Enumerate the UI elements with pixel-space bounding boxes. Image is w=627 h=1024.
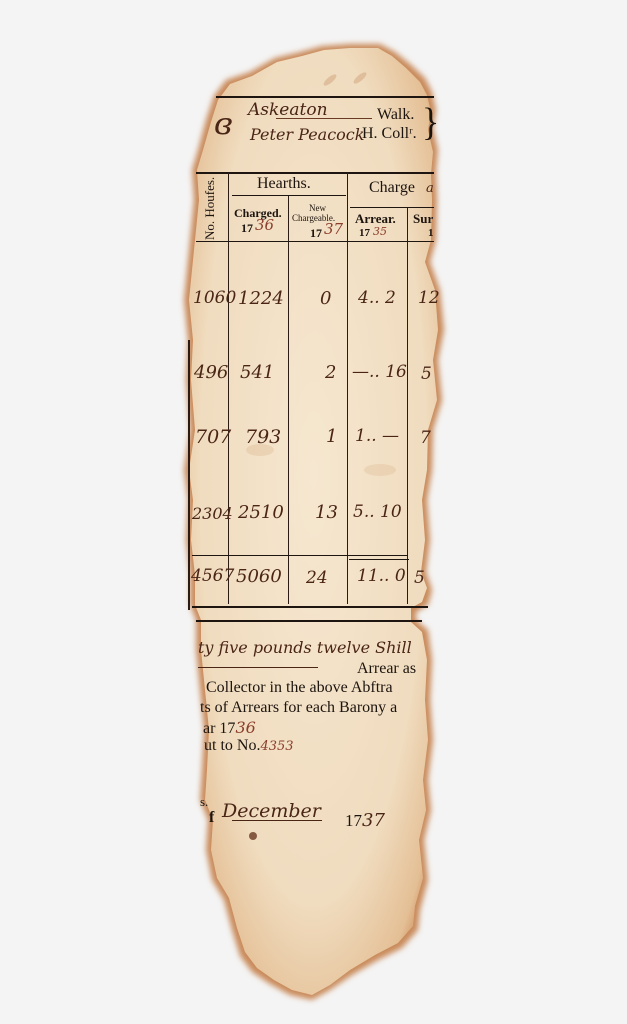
walk-label: Walk. [377, 107, 414, 123]
cell-new: 2 [325, 364, 336, 382]
col-new-year-hand: 37 [324, 222, 343, 237]
sum-underline [198, 667, 318, 668]
cell-new: 0 [320, 290, 331, 308]
totals-top-rule [192, 555, 408, 556]
line-arrears-barony: ts of Arrears for each Barony a [200, 700, 397, 716]
cell-arrear: 4.. 2 [358, 290, 396, 307]
cell-charged: 541 [240, 364, 274, 382]
cell-arrear: 1.. — [355, 428, 399, 445]
col-divider-4 [407, 208, 408, 604]
walk-underline [276, 118, 372, 119]
col-charged-year-print: 17 [241, 222, 253, 234]
col-group-charge-partial: a [426, 182, 434, 195]
col-partial-year: 1 [428, 228, 434, 239]
col-arrear-year-hand: 35 [373, 226, 387, 237]
left-edge-line [188, 340, 190, 610]
line-number-hand: 4353 [260, 739, 293, 754]
header-top-rule [216, 96, 434, 98]
cell-charged: 2510 [238, 504, 284, 522]
cell-arrear: —.. 16 [352, 364, 407, 381]
brace-icon: } [422, 102, 439, 142]
totals-top-rule-right [349, 559, 409, 560]
total-new: 24 [306, 570, 328, 587]
col-group-hearths: Hearths. [257, 176, 311, 192]
document-photo: Askeaton Peter Peacock ɞ Walk. H. Collʳ.… [0, 0, 627, 1024]
cell-partial: 12 [418, 290, 440, 307]
date-year-hand: 37 [362, 810, 385, 831]
header-bottom-rule [196, 241, 434, 242]
col-group-charge: Charge [369, 180, 415, 196]
torn-paper-fragment [0, 0, 627, 1024]
cell-new: 13 [315, 504, 338, 522]
col-header-new-line1: New [309, 204, 326, 213]
total-charged: 5060 [236, 568, 282, 586]
total-houses: 4567 [191, 568, 234, 585]
footer-top-rule [196, 620, 422, 622]
line-number: ut to No.4353 [204, 738, 294, 754]
col-arrear-year-print: 17 [359, 228, 370, 239]
table-bottom-rule [192, 606, 428, 608]
date-month-handwritten: December [222, 802, 321, 821]
cell-arrear: 5.. 10 [353, 504, 402, 521]
col-header-arrear: Arrear. [355, 212, 396, 225]
line-number-print: ut to No. [204, 737, 260, 754]
col-header-no-houses: No. Houfes. [203, 177, 216, 240]
collector-name-handwritten: Peter Peacock [250, 127, 364, 143]
cell-houses: 496 [194, 364, 228, 382]
date-month-underline [232, 820, 322, 821]
cell-charged: 1224 [238, 290, 284, 308]
col-new-year-print: 17 [310, 227, 322, 239]
cell-houses: 2304 [192, 506, 233, 522]
cell-new: 1 [326, 428, 337, 446]
line-arrear-as: Arrear as [357, 661, 416, 677]
line-year-hand: 36 [235, 718, 255, 737]
charge-underline [350, 207, 434, 208]
col-charged-year-hand: 36 [255, 218, 274, 233]
walk-name-handwritten: Askeaton [248, 102, 328, 119]
line-year: ar 1736 [203, 720, 256, 737]
collector-label: H. Collʳ. [362, 126, 417, 142]
col-divider-1 [228, 172, 229, 604]
line-collector: Collector in the above Abftra [206, 680, 393, 696]
handwritten-sum: ty five pounds twelve Shill [198, 640, 412, 656]
col-divider-3 [347, 172, 348, 604]
cell-houses: 707 [195, 428, 231, 447]
date-year: 1737 [345, 812, 385, 830]
table-top-rule [196, 172, 434, 174]
total-partial: 5 [414, 570, 425, 587]
col-divider-2 [288, 196, 289, 604]
cell-partial: 5 [421, 366, 432, 383]
cell-charged: 793 [245, 428, 281, 447]
line-year-print: ar 17 [203, 720, 235, 737]
cell-houses: 1060 [193, 290, 236, 307]
cell-partial: 7 [420, 430, 431, 447]
date-year-print: 17 [345, 811, 362, 830]
date-of: f [209, 810, 214, 826]
date-prefix: s. [200, 795, 208, 808]
total-arrear: 11.. 0 [357, 568, 406, 585]
flourish-g: ɞ [214, 110, 232, 140]
col-header-partial: Sur [413, 212, 433, 225]
